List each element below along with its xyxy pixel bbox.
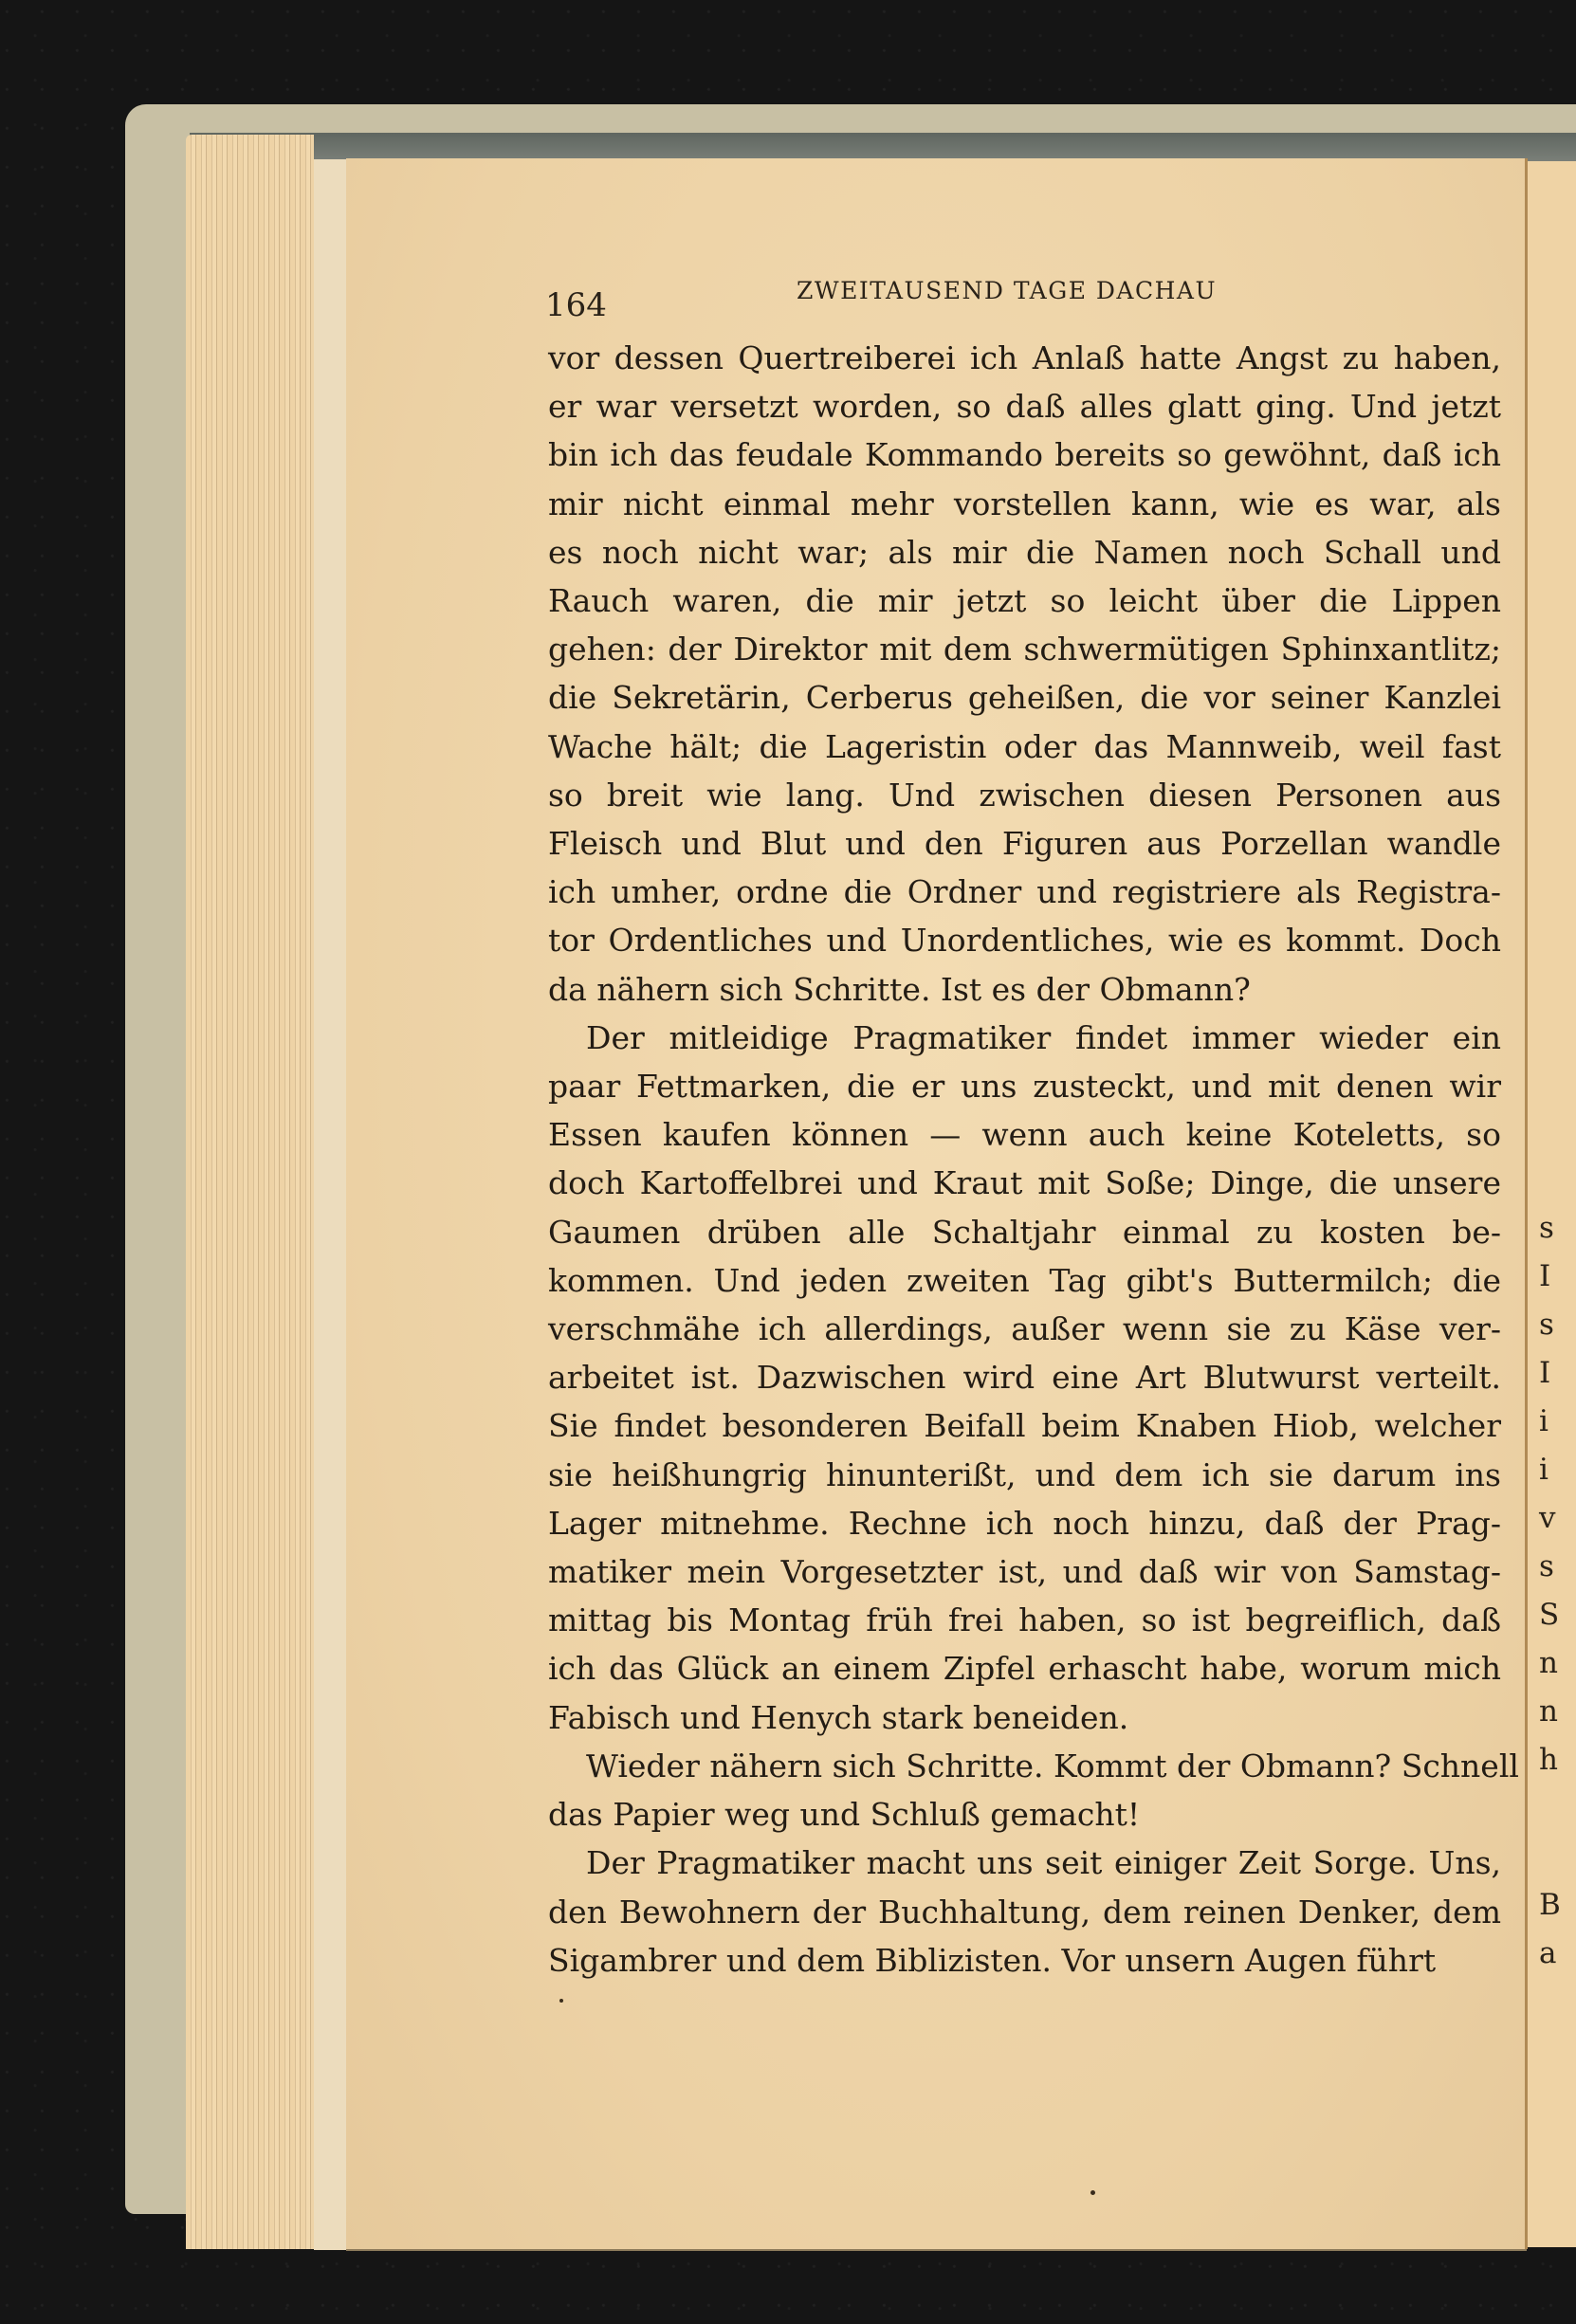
text-line: bin ich das feudale Kommando bereits so …	[548, 430, 1501, 479]
text-line: die Sekretärin, Cerberus geheißen, die v…	[548, 673, 1501, 722]
paragraph: vor dessen Quertreiberei ich Anlaß hatte…	[548, 334, 1501, 1014]
text-line: Gaumen drüben alle Schaltjahr einmal zu …	[548, 1208, 1501, 1256]
facing-page-fragment: n	[1539, 1688, 1561, 1736]
text-line: matiker mein Vorgesetzter ist, und daß w…	[548, 1547, 1501, 1596]
facing-page-fragment: v	[1539, 1494, 1561, 1543]
text-line: doch Kartoffelbrei und Kraut mit Soße; D…	[548, 1159, 1501, 1207]
text-line: arbeitet ist. Dazwischen wird eine Art B…	[548, 1353, 1501, 1401]
text-line: paar Fettmarken, die er uns zusteckt, un…	[548, 1062, 1501, 1110]
text-line: ich das Glück an einem Zipfel erhascht h…	[548, 1644, 1501, 1693]
facing-page-fragment: i	[1539, 1446, 1561, 1494]
facing-page-fragment: n	[1539, 1639, 1561, 1688]
running-title: ZWEITAUSEND TAGE DACHAU	[797, 277, 1217, 304]
facing-page-fragment	[1539, 1833, 1561, 1881]
running-head: 164 ZWEITAUSEND TAGE DACHAU	[545, 273, 1494, 330]
text-line: tor Ordentliches und Unordentliches, wie…	[548, 916, 1501, 964]
text-line: das Papier weg und Schluß gemacht!	[548, 1790, 1501, 1839]
text-line: es noch nicht war; als mir die Namen noc…	[548, 528, 1501, 576]
facing-page-fragment: h	[1539, 1736, 1561, 1784]
text-line: da nähern sich Schritte. Ist es der Obma…	[548, 965, 1501, 1014]
facing-page-fragment: s	[1539, 1543, 1561, 1591]
text-line: den Bewohnern der Buchhaltung, dem reine…	[548, 1888, 1501, 1936]
page-stack-inner-edge	[314, 159, 346, 2250]
text-line: er war versetzt worden, so daß alles gla…	[548, 382, 1501, 430]
text-line: sie heißhungrig hinunterißt, und dem ich…	[548, 1451, 1501, 1499]
page-number: 164	[545, 286, 607, 324]
text-line: gehen: der Direktor mit dem schwermütige…	[548, 625, 1501, 673]
text-line: mittag bis Montag früh frei haben, so is…	[548, 1596, 1501, 1644]
text-line: so breit wie lang. Und zwischen diesen P…	[548, 771, 1501, 819]
text-line: mir nicht einmal mehr vorstellen kann, w…	[548, 480, 1501, 528]
text-line: Lager mitnehme. Rechne ich noch hinzu, d…	[548, 1499, 1501, 1547]
text-line: Der Pragmatiker macht uns seit einiger Z…	[548, 1839, 1501, 1887]
paper-speck	[559, 1999, 563, 2003]
facing-page-fragment: I	[1539, 1349, 1561, 1398]
text-line: kommen. Und jeden zweiten Tag gibt's But…	[548, 1256, 1501, 1305]
text-line: Fleisch und Blut und den Figuren aus Por…	[548, 819, 1501, 868]
paper-speck	[1090, 2190, 1095, 2195]
text-line: ich umher, ordne die Ordner und registri…	[548, 868, 1501, 916]
page-stack-edge	[186, 135, 314, 2249]
text-line: Wache hält; die Lageristin oder das Mann…	[548, 723, 1501, 771]
text-line: Wieder nähern sich Schritte. Kommt der O…	[548, 1742, 1501, 1790]
facing-page-fragment: s	[1539, 1301, 1561, 1349]
text-line: Rauch waren, die mir jetzt so leicht übe…	[548, 576, 1501, 625]
text-line: vor dessen Quertreiberei ich Anlaß hatte…	[548, 334, 1501, 382]
facing-page: sIsIiivsSnnh Ba	[1528, 161, 1576, 2247]
facing-page-fragment: S	[1539, 1591, 1561, 1639]
text-line: Essen kaufen können — wenn auch keine Ko…	[548, 1110, 1501, 1159]
text-line: Sie findet besonderen Beifall beim Knabe…	[548, 1401, 1501, 1450]
facing-page-fragment: s	[1539, 1204, 1561, 1253]
text-line: Der mitleidige Pragmatiker findet immer …	[548, 1014, 1501, 1062]
facing-page-fragment: I	[1539, 1253, 1561, 1301]
text-line: Fabisch und Henych stark beneiden.	[548, 1693, 1501, 1742]
facing-page-fragment: i	[1539, 1398, 1561, 1446]
text-line: verschmähe ich allerdings, außer wenn si…	[548, 1305, 1501, 1353]
facing-page-fragment	[1539, 1784, 1561, 1833]
facing-page-fragment: a	[1539, 1930, 1561, 1978]
body-text: vor dessen Quertreiberei ich Anlaß hatte…	[548, 334, 1501, 1985]
facing-page-fragment: B	[1539, 1881, 1561, 1930]
facing-page-text-fragments: sIsIiivsSnnh Ba	[1539, 1204, 1561, 1978]
paragraph: Der Pragmatiker macht uns seit einiger Z…	[548, 1839, 1501, 1985]
paragraph: Wieder nähern sich Schritte. Kommt der O…	[548, 1742, 1501, 1839]
text-line: Sigambrer und dem Biblizisten. Vor unser…	[548, 1936, 1501, 1985]
paragraph: Der mitleidige Pragmatiker findet immer …	[548, 1014, 1501, 1742]
